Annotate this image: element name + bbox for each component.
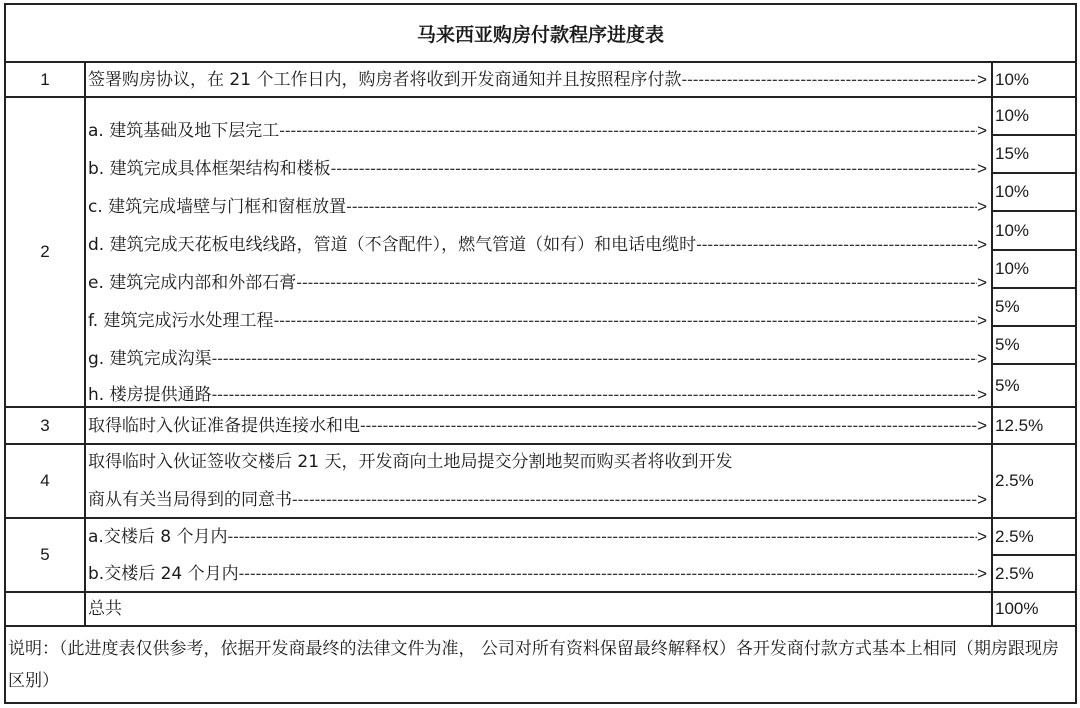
- percent-value: 5%: [993, 289, 1075, 327]
- schedule-item: f. 建筑完成污水处理工程>: [88, 309, 987, 333]
- table-title: 马来西亚购房付款程序进度表: [6, 5, 1075, 63]
- percent-column: 10%: [991, 63, 1075, 96]
- percent-column: 2.5%: [991, 445, 1075, 517]
- percent-value: 5%: [993, 365, 1075, 406]
- row-number: 1: [6, 63, 86, 96]
- schedule-item: g. 建筑完成沟渠>: [88, 347, 987, 371]
- row-number: 3: [6, 408, 86, 443]
- row-number: 2: [6, 98, 86, 406]
- row-description: 取得临时入伙证准备提供连接水和电>: [86, 408, 991, 443]
- percent-value: 10%: [993, 212, 1075, 251]
- percent-value: 10%: [993, 63, 1075, 96]
- table-row-4: 4 取得临时入伙证签收交楼后 21 天，开发商向土地局提交分割地契而购买者将收到…: [6, 445, 1075, 519]
- payment-schedule-table: 马来西亚购房付款程序进度表 1 签署购房协议，在 21 个工作日内，购房者将收到…: [4, 3, 1077, 704]
- percent-value: 2.5%: [993, 519, 1075, 556]
- schedule-item: b. 建筑完成具体框架结构和楼板>: [88, 157, 987, 181]
- schedule-item: a. 建筑基础及地下层完工>: [88, 119, 987, 143]
- schedule-item: 取得临时入伙证准备提供连接水和电>: [88, 414, 987, 438]
- percent-value: 12.5%: [993, 408, 1075, 443]
- schedule-item: e. 建筑完成内部和外部石膏>: [88, 271, 987, 295]
- row-description: 总共: [86, 593, 991, 625]
- leader-dashes: [681, 68, 977, 92]
- percent-value: 15%: [993, 136, 1075, 174]
- row-description: 取得临时入伙证签收交楼后 21 天，开发商向土地局提交分割地契而购买者将收到开发…: [86, 445, 991, 517]
- row-number: [6, 593, 86, 625]
- percent-value: 10%: [993, 251, 1075, 289]
- schedule-item: 签署购房协议，在 21 个工作日内，购房者将收到开发商通知并且按照程序付款>: [88, 68, 987, 92]
- total-percent: 100%: [993, 593, 1075, 625]
- schedule-item: a.交楼后 8 个月内>: [88, 525, 987, 549]
- row-number: 4: [6, 445, 86, 517]
- percent-column: 10% 15% 10% 10% 10% 5% 5% 5%: [991, 98, 1075, 406]
- total-label: 总共: [88, 597, 987, 621]
- table-row-1: 1 签署购房协议，在 21 个工作日内，购房者将收到开发商通知并且按照程序付款>…: [6, 63, 1075, 98]
- schedule-item: h. 楼房提供通路>: [88, 383, 987, 407]
- schedule-item: c. 建筑完成墙壁与门框和窗框放置>: [88, 195, 987, 219]
- row-description: 签署购房协议，在 21 个工作日内，购房者将收到开发商通知并且按照程序付款>: [86, 63, 991, 96]
- schedule-item: b.交楼后 24 个月内>: [88, 562, 987, 586]
- percent-value: 2.5%: [993, 556, 1075, 591]
- schedule-item-continued: 商从有关当局得到的同意书>: [88, 488, 987, 512]
- table-row-2: 2 a. 建筑基础及地下层完工> b. 建筑完成具体框架结构和楼板> c. 建筑…: [6, 98, 1075, 408]
- row-number: 5: [6, 519, 86, 591]
- table-row-3: 3 取得临时入伙证准备提供连接水和电> 12.5%: [6, 408, 1075, 445]
- percent-value: 10%: [993, 98, 1075, 136]
- percent-value: 5%: [993, 327, 1075, 365]
- disclaimer-note: 说明：（此进度表仅供参考，依据开发商最终的法律文件为准， 公司对所有资料保留最终…: [6, 627, 1075, 702]
- row-description: a.交楼后 8 个月内> b.交楼后 24 个月内>: [86, 519, 991, 591]
- percent-column: 100%: [991, 593, 1075, 625]
- table-row-5: 5 a.交楼后 8 个月内> b.交楼后 24 个月内> 2.5% 2.5%: [6, 519, 1075, 593]
- schedule-item: 取得临时入伙证签收交楼后 21 天，开发商向土地局提交分割地契而购买者将收到开发: [88, 450, 987, 474]
- percent-column: 12.5%: [991, 408, 1075, 443]
- table-row-total: 总共 100%: [6, 593, 1075, 627]
- schedule-item: d. 建筑完成天花板电线线路，管道（不含配件），燃气管道（如有）和电话电缆时>: [88, 233, 987, 257]
- row-description: a. 建筑基础及地下层完工> b. 建筑完成具体框架结构和楼板> c. 建筑完成…: [86, 98, 991, 406]
- percent-column: 2.5% 2.5%: [991, 519, 1075, 591]
- percent-value: 2.5%: [993, 445, 1075, 517]
- percent-value: 10%: [993, 174, 1075, 212]
